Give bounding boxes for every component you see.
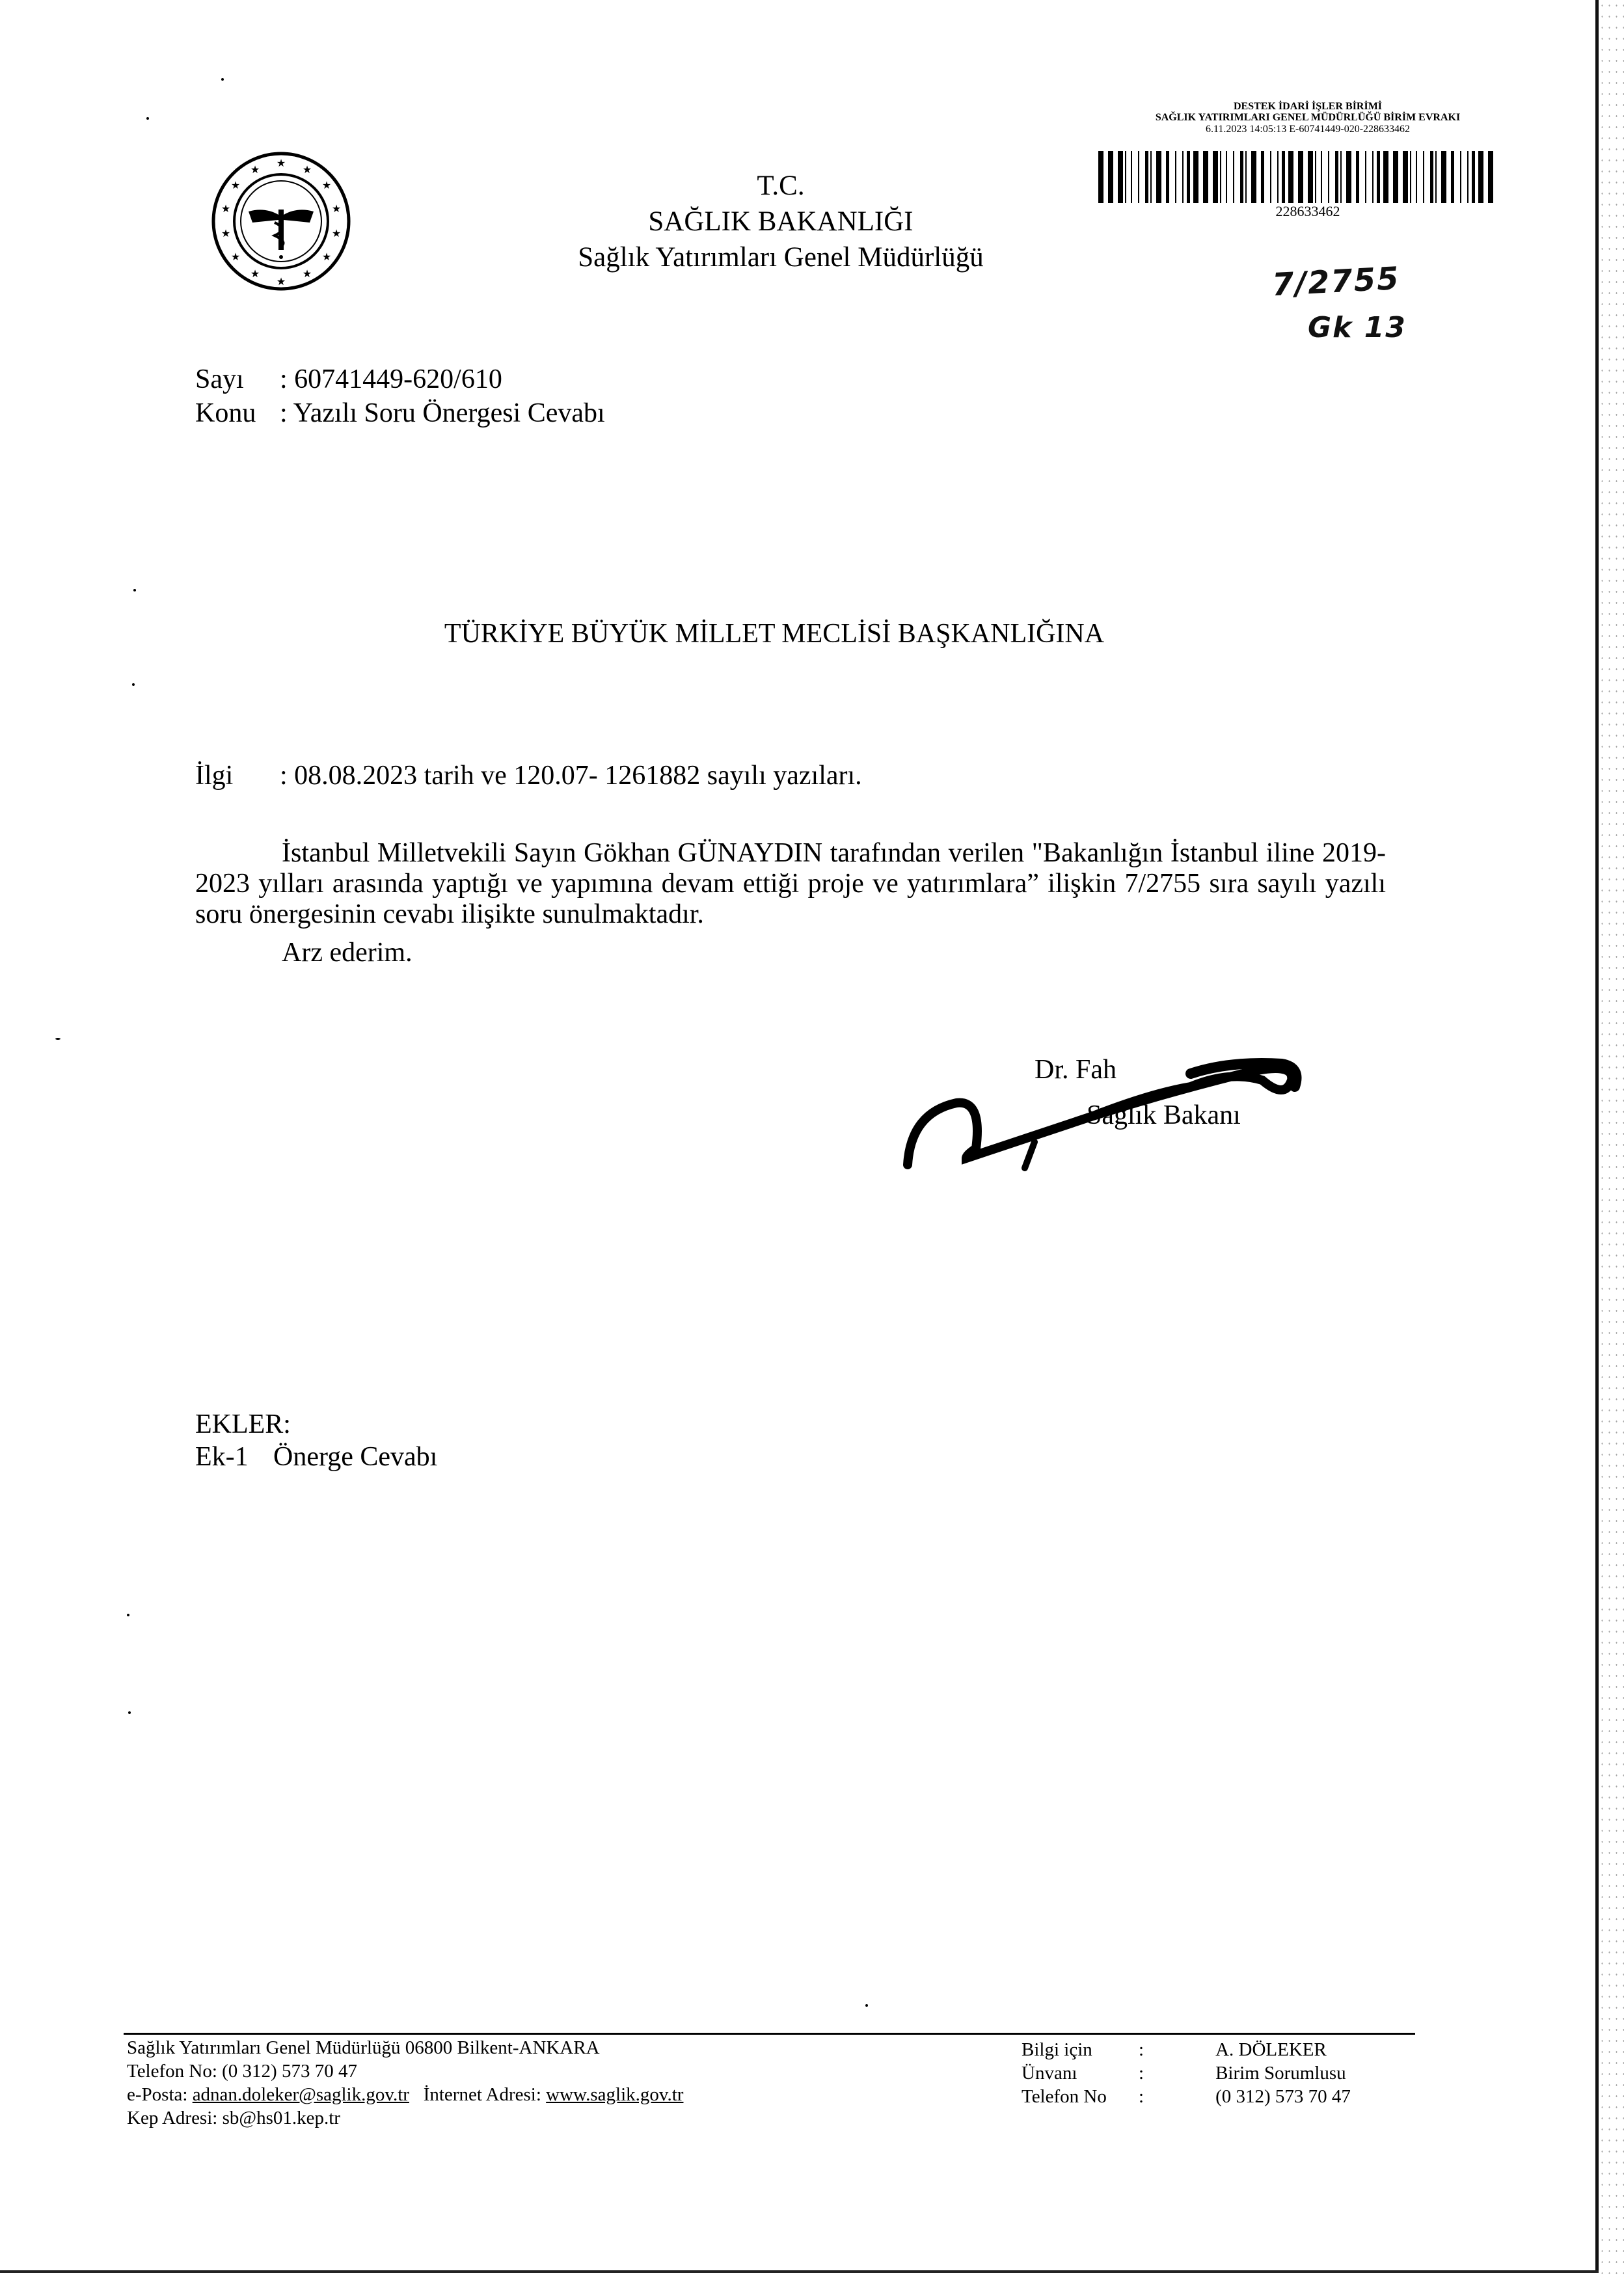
svg-text:★: ★ [303,163,312,176]
ilgi-label: İlgi [195,760,280,791]
scan-speck [128,1711,131,1714]
scan-speck [127,1614,129,1616]
svg-text:★: ★ [303,267,312,280]
svg-text:★: ★ [231,179,240,191]
handwritten-note: 7/2755 [1271,260,1401,303]
konu-value: : Yazılı Soru Önergesi Cevabı [280,398,605,428]
contact-info-row: Bilgi için:A. DÖLEKER [1022,2039,1327,2061]
ilgi-value: : 08.08.2023 tarih ve 120.07- 1261882 sa… [280,761,862,791]
contact-value: Birim Sorumlusu [1215,2062,1346,2084]
svg-text:★: ★ [322,179,331,191]
sayi-label: Sayı [195,363,280,396]
contact-value: A. DÖLEKER [1215,2039,1327,2061]
header-department: Sağlık Yatırımları Genel Müdürlüğü [494,242,1067,273]
scan-speck [221,78,224,81]
footer-address: Sağlık Yatırımları Genel Müdürlüğü 06800… [127,2037,600,2059]
contact-label: Ünvanı [1022,2062,1139,2084]
header-tc: T.C. [494,170,1067,202]
barcode-icon [1098,151,1502,203]
attachments-heading: EKLER: [195,1409,291,1440]
email-label: e-Posta: [127,2084,187,2105]
scan-speck [146,117,149,120]
svg-text:★: ★ [277,157,286,169]
attachment-code: Ek-1 [195,1441,273,1473]
stamp-unit: DESTEK İDARİ İŞLER BİRİMİ [1100,101,1516,112]
signature-scribble-icon [891,1035,1321,1191]
scan-speck [865,2004,868,2007]
footer-phone: Telefon No: (0 312) 573 70 47 [127,2060,357,2082]
footer-divider [124,2033,1415,2035]
closing: Arz ederim. [282,937,413,968]
stamp-timestamp: 6.11.2023 14:05:13 E-60741449-020-228633… [1100,124,1516,135]
reference-row: İlgi: 08.08.2023 tarih ve 120.07- 126188… [195,760,862,791]
barcode-number: 228633462 [1100,203,1516,220]
ministry-seal-logo: ★★★ ★★ ★★ ★★ ★★ ★★★ [210,150,353,293]
body-paragraph: İstanbul Milletvekili Sayın Gökhan GÜNAY… [195,838,1386,930]
svg-text:★: ★ [250,267,260,280]
reference-number-row: Sayı: 60741449-620/610 [195,363,502,396]
svg-text:★: ★ [231,251,240,263]
handwritten-note: Gk 13 [1308,311,1407,344]
subject-row: Konu: Yazılı Soru Önergesi Cevabı [195,397,605,429]
contact-label: Bilgi için [1022,2039,1139,2061]
web-label: İnternet Adresi: [424,2084,541,2105]
contact-title-row: Ünvanı:Birim Sorumlusu [1022,2062,1346,2084]
email-link[interactable]: adnan.doleker@saglik.gov.tr [193,2084,409,2105]
scan-speck [133,589,136,591]
attachment-title: Önerge Cevabı [273,1442,437,1472]
svg-text:★: ★ [221,227,230,239]
attachment-item: Ek-1Önerge Cevabı [195,1441,437,1473]
page-edge-bottom [0,2270,1599,2273]
svg-text:★: ★ [322,251,331,263]
svg-text:★: ★ [250,163,260,176]
contact-label: Telefon No [1022,2085,1139,2108]
contact-value: (0 312) 573 70 47 [1215,2085,1351,2108]
sayi-value: : 60741449-620/610 [280,364,502,394]
konu-label: Konu [195,397,280,429]
addressee: TÜRKİYE BÜYÜK MİLLET MECLİSİ BAŞKANLIĞIN… [377,618,1171,649]
contact-phone-row: Telefon No:(0 312) 573 70 47 [1022,2085,1351,2108]
svg-text:★: ★ [332,202,341,215]
svg-text:★: ★ [221,202,230,215]
scan-noise [1599,0,1624,2282]
svg-text:★: ★ [332,227,341,239]
svg-text:★: ★ [277,275,286,288]
website-link[interactable]: www.saglik.gov.tr [546,2084,683,2105]
footer-kep: Kep Adresi: sb@hs01.kep.tr [127,2107,340,2129]
scan-speck [55,1038,61,1040]
body-text: İstanbul Milletvekili Sayın Gökhan GÜNAY… [195,838,1386,929]
header-ministry: SAĞLIK BAKANLIĞI [494,206,1067,238]
footer-contact-links: e-Posta: adnan.doleker@saglik.gov.tr İnt… [127,2084,683,2106]
stamp-directorate: SAĞLIK YATIRIMLARI GENEL MÜDÜRLÜĞÜ BİRİM… [1100,112,1516,123]
scan-speck [132,683,135,686]
